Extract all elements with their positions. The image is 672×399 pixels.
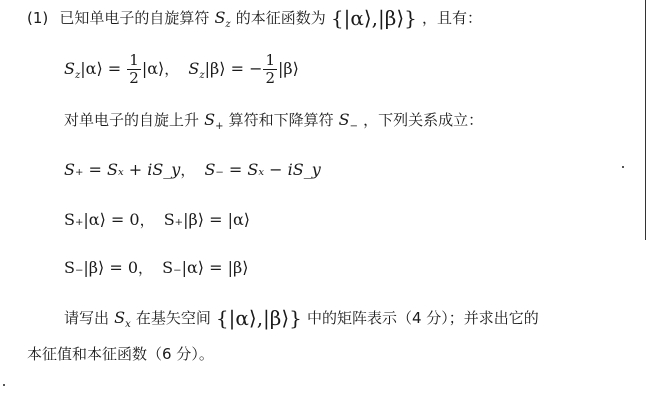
ket-alpha: |α⟩ (80, 59, 102, 78)
operator-S-plus: S (204, 110, 215, 129)
intro-text-b: 的本征函数为 (236, 9, 326, 27)
ket-beta: |β⟩ (205, 59, 226, 78)
equation-part-1: S₋|β⟩ = 0 (64, 258, 138, 277)
question-text-b: 在基矢空间 (136, 309, 211, 327)
equation-s-plus-action: S₊|α⟩ = 0， S₊|β⟩ = |α⟩ (64, 210, 250, 230)
intro-text-b: 算符和下降算符 (229, 111, 334, 129)
operator-subscript: z (225, 19, 230, 30)
scan-margin-rule (645, 0, 646, 240)
equation-part-1: S₊|α⟩ = 0 (64, 210, 140, 229)
equation-part-2: S₋|α⟩ = |β⟩ (162, 258, 248, 277)
intro-text-c: ，且有： (422, 9, 482, 27)
equation-ladder-definition: S₊ = Sₓ + iS_y， S₋ = Sₓ − iS_y (64, 160, 321, 180)
operator-S: S (114, 308, 125, 327)
basis-set: {|α⟩,|β⟩} (216, 306, 302, 330)
operator-S: S (214, 8, 225, 27)
denominator: 2 (263, 70, 277, 87)
ket-alpha: |α⟩ (142, 59, 164, 78)
question-line-1: 请写出 Sx 在基矢空间 {|α⟩,|β⟩} 中的矩阵表示（4 分）；并求出它的 (64, 308, 539, 328)
scan-speck (622, 166, 624, 168)
numerator: 1 (127, 52, 141, 70)
equation-s-minus-action: S₋|β⟩ = 0， S₋|α⟩ = |β⟩ (64, 258, 248, 278)
operator-subscript: x (125, 319, 131, 330)
separator: ， (138, 259, 153, 277)
ket-beta: |β⟩ (278, 59, 299, 78)
problem-number: (1) (27, 9, 48, 27)
separator: ， (164, 60, 179, 78)
equation-s-minus: S₋ = Sₓ − iS_y (204, 160, 320, 179)
numerator: 1 (263, 52, 277, 70)
minus-sign: − (249, 59, 262, 78)
operator-S: S (188, 59, 199, 78)
operator-S: S (64, 59, 75, 78)
fraction-half: 12 (263, 52, 277, 87)
separator: ， (180, 161, 195, 179)
fraction-half: 12 (127, 52, 141, 87)
equation-sz-eigen: Sz|α⟩ = 12|α⟩， Sz|β⟩ = −12|β⟩ (64, 52, 299, 87)
intro-text-c: ，下列关系成立： (363, 111, 483, 129)
equation-s-plus: S₊ = Sₓ + iS_y (64, 160, 180, 179)
denominator: 2 (127, 70, 141, 87)
intro-text-a: 已知单电子的自旋算符 (59, 9, 209, 27)
intro-text-a: 对单电子的自旋上升 (64, 111, 199, 129)
operator-S-minus: S (339, 110, 350, 129)
equation-part-2: S₊|β⟩ = |α⟩ (164, 210, 250, 229)
separator: ， (140, 211, 155, 229)
basis-set: {|α⟩,|β⟩} (331, 6, 417, 30)
question-text-a: 请写出 (64, 309, 109, 327)
problem-intro-line: (1) 已知单电子的自旋算符 Sz 的本征函数为 {|α⟩,|β⟩} ，且有： (27, 8, 482, 28)
ladder-operators-intro: 对单电子的自旋上升 S+ 算符和下降算符 S− ，下列关系成立： (64, 110, 483, 130)
question-text-d: 本征值和本征函数（6 分）。 (27, 345, 214, 363)
question-line-2: 本征值和本征函数（6 分）。 (27, 344, 214, 364)
operator-subscript: + (215, 121, 223, 132)
question-text-c: 中的矩阵表示（4 分）；并求出它的 (307, 309, 539, 327)
operator-subscript: − (350, 121, 358, 132)
scan-speck (3, 384, 5, 386)
